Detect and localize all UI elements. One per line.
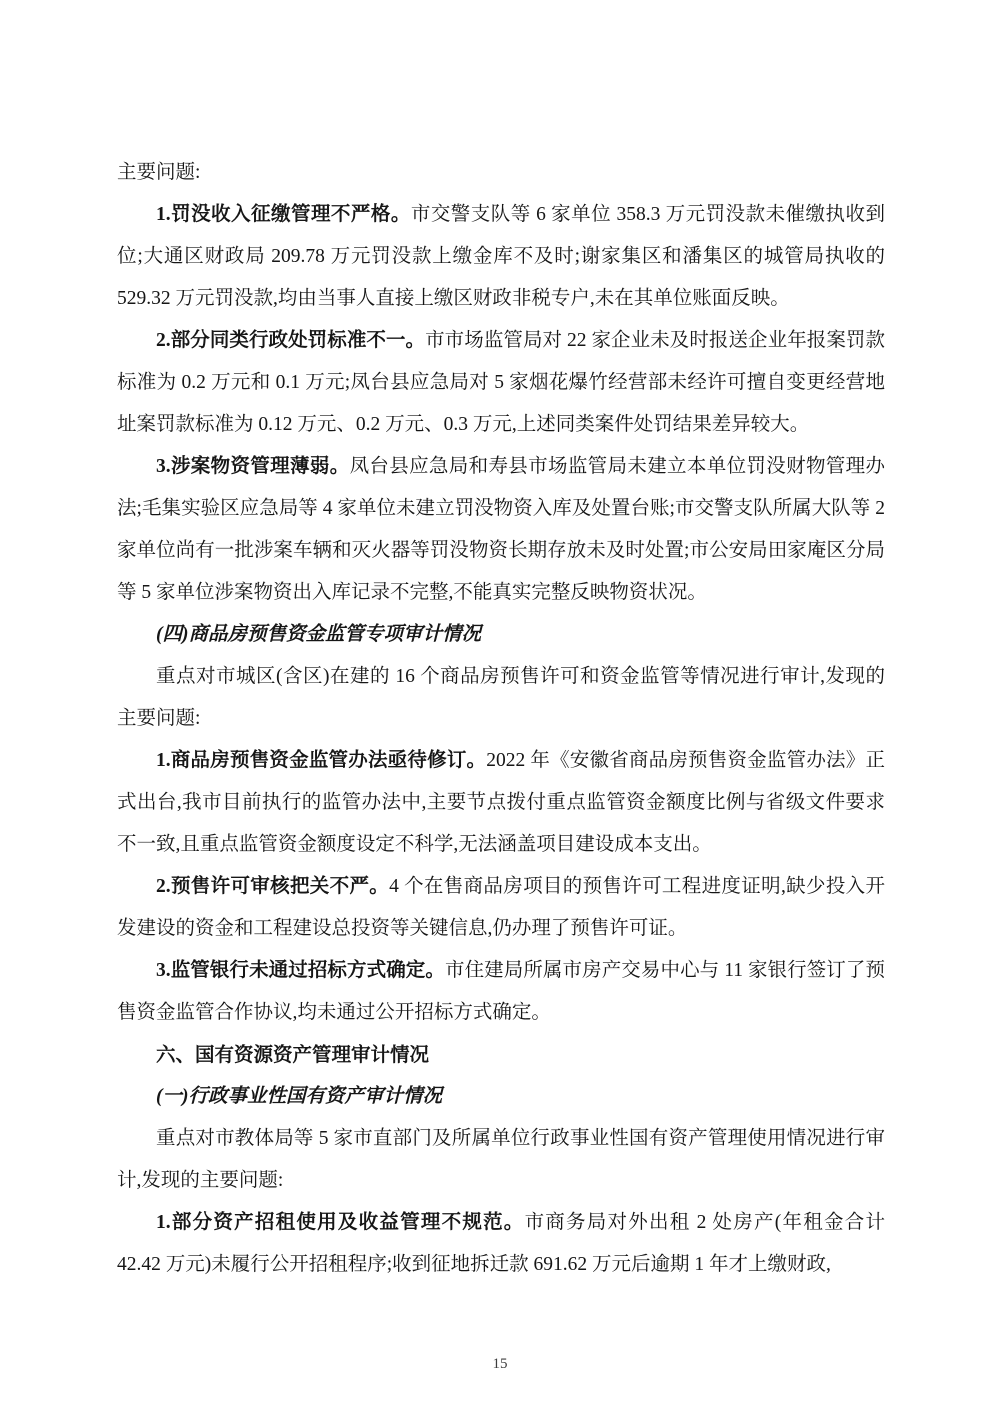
paragraph-text: 主要问题:: [117, 162, 200, 183]
page-footer: 15: [0, 1355, 1000, 1373]
document-page: 主要问题:1.罚没收入征缴管理不严格。市交警支队等 6 家单位 358.3 万元…: [0, 0, 1000, 1415]
para-presale-audit-scope: 重点对市城区(含区)在建的 16 个商品房预售许可和资金监管等情况进行审计,发现…: [117, 656, 885, 740]
para-2-inconsistent-penalty-standards: 2.部分同类行政处罚标准不一。市市场监管局对 22 家企业未及时报送企业年报案罚…: [117, 320, 885, 446]
paragraph-text: 重点对市城区(含区)在建的 16 个商品房预售许可和资金监管等情况进行审计,发现…: [117, 666, 885, 729]
para-1-asset-leasing-irregularities: 1.部分资产招租使用及收益管理不规范。市商务局对外出租 2 处房产(年租金合计 …: [117, 1202, 885, 1286]
page-number: 15: [493, 1356, 508, 1372]
para-2-presale-permit-review-lax: 2.预售许可审核把关不严。4 个在售商品房项目的预售许可工程进度证明,缺少投入开…: [117, 866, 885, 950]
para-main-issues-lead: 主要问题:: [117, 152, 885, 194]
paragraph-lead-text: 3.监管银行未通过招标方式确定。: [156, 960, 445, 981]
paragraph-text: (四)商品房预售资金监管专项审计情况: [156, 624, 481, 645]
heading-subsection-1-administrative-state-assets: (一)行政事业性国有资产审计情况: [117, 1076, 885, 1118]
document-body: 主要问题:1.罚没收入征缴管理不严格。市交警支队等 6 家单位 358.3 万元…: [117, 152, 885, 1286]
paragraph-text: 重点对市教体局等 5 家市直部门及所属单位行政事业性国有资产管理使用情况进行审计…: [117, 1128, 885, 1191]
paragraph-lead-text: 1.罚没收入征缴管理不严格。: [156, 204, 411, 225]
para-3-supervision-bank-no-tender: 3.监管银行未通过招标方式确定。市住建局所属市房产交易中心与 11 家银行签订了…: [117, 950, 885, 1034]
paragraph-text: (一)行政事业性国有资产审计情况: [156, 1086, 442, 1107]
para-1-presale-regulation-outdated: 1.商品房预售资金监管办法亟待修订。2022 年《安徽省商品房预售资金监管办法》…: [117, 740, 885, 866]
paragraph-lead-text: 3.涉案物资管理薄弱。: [156, 456, 350, 477]
paragraph-lead-text: 1.商品房预售资金监管办法亟待修订。: [156, 750, 486, 771]
heading-section-4-presale-funds-audit: (四)商品房预售资金监管专项审计情况: [117, 614, 885, 656]
paragraph-text: 凤台县应急局和寿县市场监管局未建立本单位罚没财物管理办法;毛集实验区应急局等 4…: [117, 456, 885, 603]
paragraph-lead-text: 2.预售许可审核把关不严。: [156, 876, 389, 897]
para-3-case-materials-management: 3.涉案物资管理薄弱。凤台县应急局和寿县市场监管局未建立本单位罚没财物管理办法;…: [117, 446, 885, 614]
paragraph-lead-text: 2.部分同类行政处罚标准不一。: [156, 330, 425, 351]
para-state-assets-audit-scope: 重点对市教体局等 5 家市直部门及所属单位行政事业性国有资产管理使用情况进行审计…: [117, 1118, 885, 1202]
para-1-fine-income-collection: 1.罚没收入征缴管理不严格。市交警支队等 6 家单位 358.3 万元罚没款未催…: [117, 194, 885, 320]
paragraph-text: 六、国有资源资产管理审计情况: [156, 1044, 429, 1066]
paragraph-lead-text: 1.部分资产招租使用及收益管理不规范。: [156, 1212, 525, 1233]
heading-section-6-state-assets-audit: 六、国有资源资产管理审计情况: [117, 1034, 885, 1076]
